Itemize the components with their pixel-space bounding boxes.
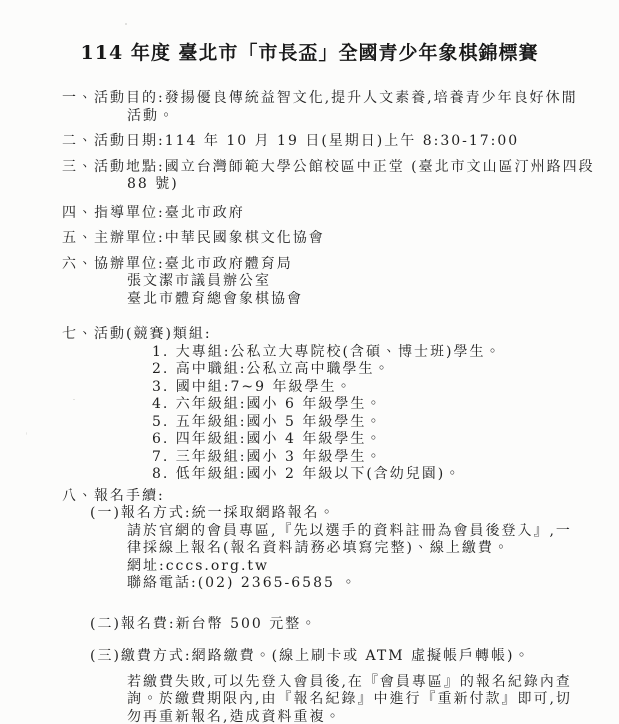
payment-note-line-1: 若繳費失敗,可以先登入會員後,在『會員專區』的報名紀錄內查 [127, 674, 619, 692]
sub-2-registration-fee: (二)報名費:新台幣 500 元整。 [90, 616, 619, 634]
sub-1-registration-method: (一)報名方式:統一採取網路報名。 [90, 505, 619, 523]
scan-speck [73, 399, 75, 400]
payment-note-line-2: 詢。於繳費期限內,由『報名紀錄』中進行『重新付款』即可,切 [127, 691, 619, 709]
item-7-categories-heading: 七、活動(競賽)類組: [62, 326, 619, 344]
item-3-activity-venue-cont: 88 號) [127, 176, 619, 194]
payment-note-line-3: 勿再重新報名,造成資料重複。 [127, 709, 619, 724]
item-1-activity-purpose: 一、活動目的:發揚優良傳統益智文化,提升人文素養,培養青少年良好休閒 [62, 90, 619, 108]
item-6-co-organizer-3: 臺北市體育總會象棋協會 [127, 291, 619, 309]
category-3-junior-high: 3. 國中組:7~9 年級學生。 [152, 379, 619, 397]
scan-speck [125, 23, 127, 25]
item-4-supervising-unit: 四、指導單位:臺北市政府 [62, 205, 619, 223]
document-title: 114 年度 臺北市「市長盃」全國青少年象棋錦標賽 [0, 40, 619, 66]
item-3-activity-venue: 三、活動地點:國立台灣師範大學公館校區中正堂 (臺北市文山區汀州路四段 [62, 159, 619, 177]
item-6-co-organizer-1: 六、協辦單位:臺北市政府體育局 [62, 256, 619, 274]
scanned-document-page: 114 年度 臺北市「市長盃」全國青少年象棋錦標賽 一、活動目的:發揚優良傳統益… [0, 0, 619, 724]
scan-speck [26, 432, 27, 435]
category-5-grade-5: 5. 五年級組:國小 5 年級學生。 [152, 414, 619, 432]
item-1-activity-purpose-cont: 活動。 [127, 108, 619, 126]
sub-3-payment-method: (三)繳費方式:網路繳費。(線上刷卡或 ATM 虛擬帳戶轉帳)。 [90, 648, 619, 666]
category-6-grade-4: 6. 四年級組:國小 4 年級學生。 [152, 431, 619, 449]
category-4-grade-6: 4. 六年級組:國小 6 年級學生。 [152, 396, 619, 414]
category-2-senior-high: 2. 高中職組:公私立高中職學生。 [152, 361, 619, 379]
item-2-activity-date: 二、活動日期:114 年 10 月 19 日(星期日)上午 8:30-17:00 [62, 133, 619, 151]
category-1-college: 1. 大專組:公私立大專院校(含碩、博士班)學生。 [152, 344, 619, 362]
item-8-registration-heading: 八、報名手續: [62, 488, 619, 506]
item-5-organizer: 五、主辦單位:中華民國象棋文化協會 [62, 230, 619, 248]
category-8-lower-grades: 8. 低年級組:國小 2 年級以下(含幼兒園)。 [152, 466, 619, 484]
category-7-grade-3: 7. 三年級組:國小 3 年級學生。 [152, 449, 619, 467]
registration-note-line-1: 請於官網的會員專區,『先以選手的資料註冊為會員後登入』,一 [127, 523, 619, 541]
item-6-co-organizer-2: 張文潔市議員辦公室 [127, 273, 619, 291]
contact-phone-line: 聯絡電話:(02) 2365-6585 。 [127, 575, 619, 593]
registration-note-line-2: 律採線上報名(報名資料請務必填寫完整)、線上繳費。 [127, 540, 619, 558]
website-url-line: 網址:cccs.org.tw [127, 558, 619, 576]
